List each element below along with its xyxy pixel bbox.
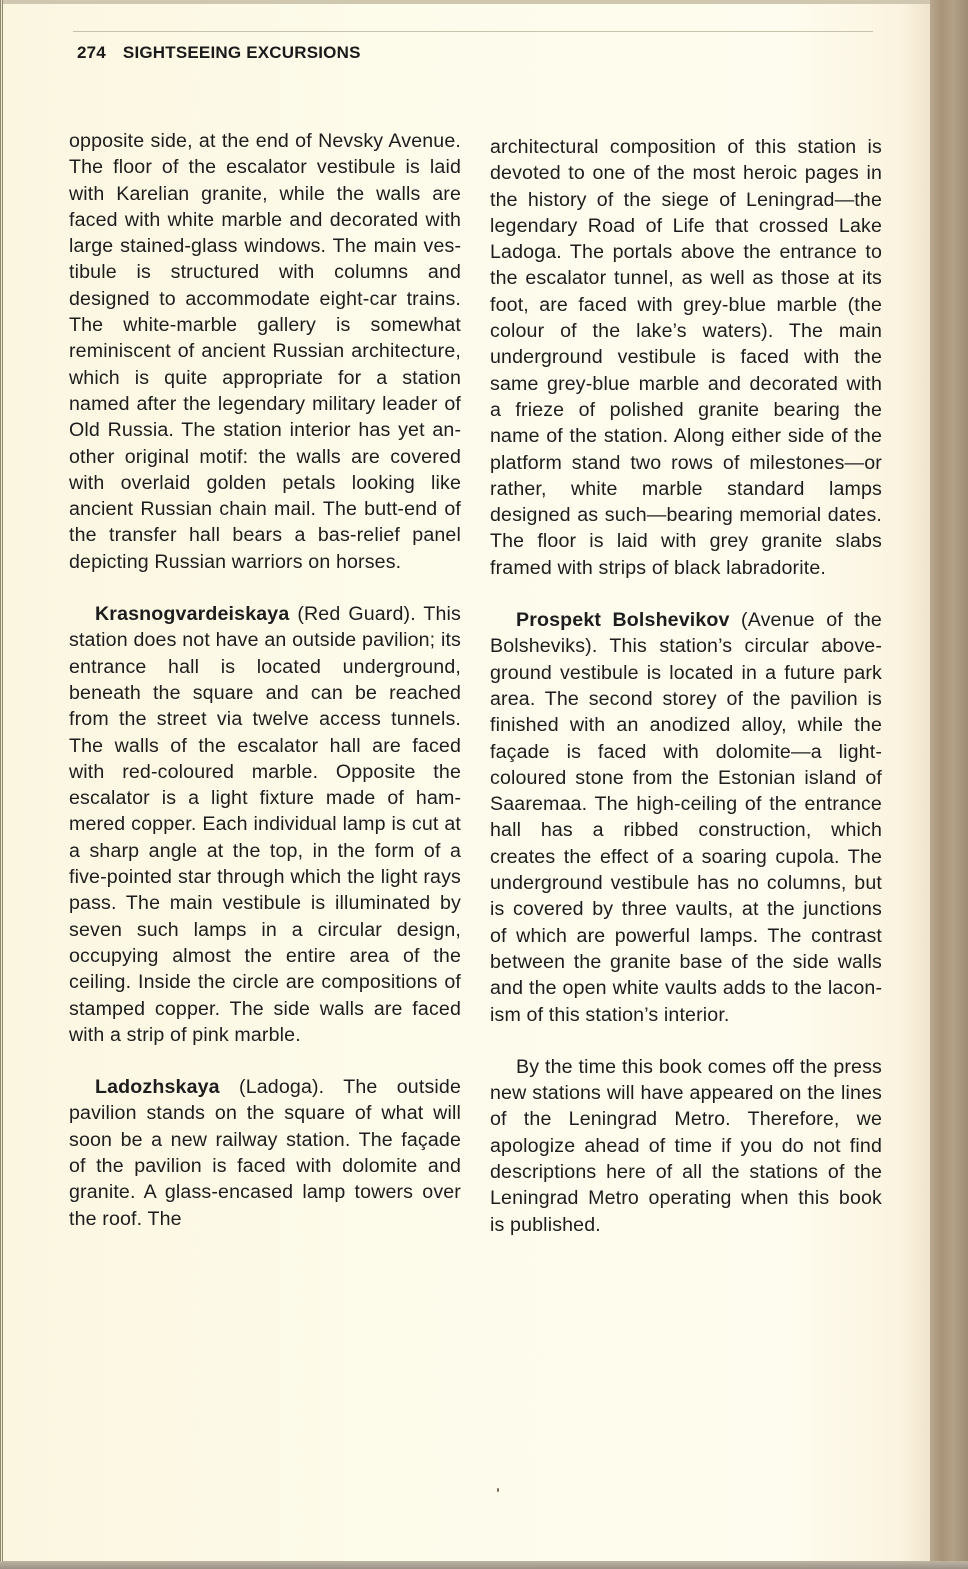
page-bottom-edge [0,1561,968,1569]
paragraph-prospekt-bolshevikov: Prospekt Bolshevikov (Avenue of the Bols… [490,607,882,1028]
header-rule [73,31,873,32]
book-page: 274 SIGHTSEEING EXCURSIONS opposite side… [0,0,930,1562]
section-title: SIGHTSEEING EXCURSIONS [123,43,361,62]
paragraph-ladozhskaya-continued: architectural composition of this sta­ti… [490,134,882,581]
page-edge-shadow [930,0,968,1569]
paragraph-text: (Avenue of the Bolsheviks). This station… [490,609,882,1025]
right-column: architectural composition of this sta­ti… [490,134,882,1238]
page-top-edge [3,0,933,4]
paragraph-closing-note: By the time this book comes off the pres… [490,1054,882,1238]
running-head: 274 SIGHTSEEING EXCURSIONS [77,43,361,63]
paragraph-text: By the time this book comes off the pres… [490,1056,882,1236]
paragraph-text: opposite side, at the end of Nevsky Aven… [69,130,461,573]
paragraph-ladozhskaya: Ladozhskaya (Ladoga). The outside pavili… [69,1074,461,1232]
paragraph-text: architectural composition of this sta­ti… [490,136,882,579]
station-name: Ladozhskaya [95,1076,220,1098]
station-name: Prospekt Bolshevikov [516,609,730,631]
page-number: 274 [77,43,106,62]
paragraph-krasnogvardeiskaya: Krasnogvardeiskaya (Red Guard). This sta… [69,601,461,1048]
paragraph-text: (Ladoga). The outside pavilion stands on… [69,1076,461,1229]
station-name: Krasnogvardeiskaya [95,603,289,625]
scan-speck [497,1488,499,1492]
paragraph-text: (Red Guard). This station does not have … [69,603,461,1046]
left-column: opposite side, at the end of Nevsky Aven… [69,128,461,1232]
paragraph-continuation: opposite side, at the end of Nevsky Aven… [69,128,461,575]
